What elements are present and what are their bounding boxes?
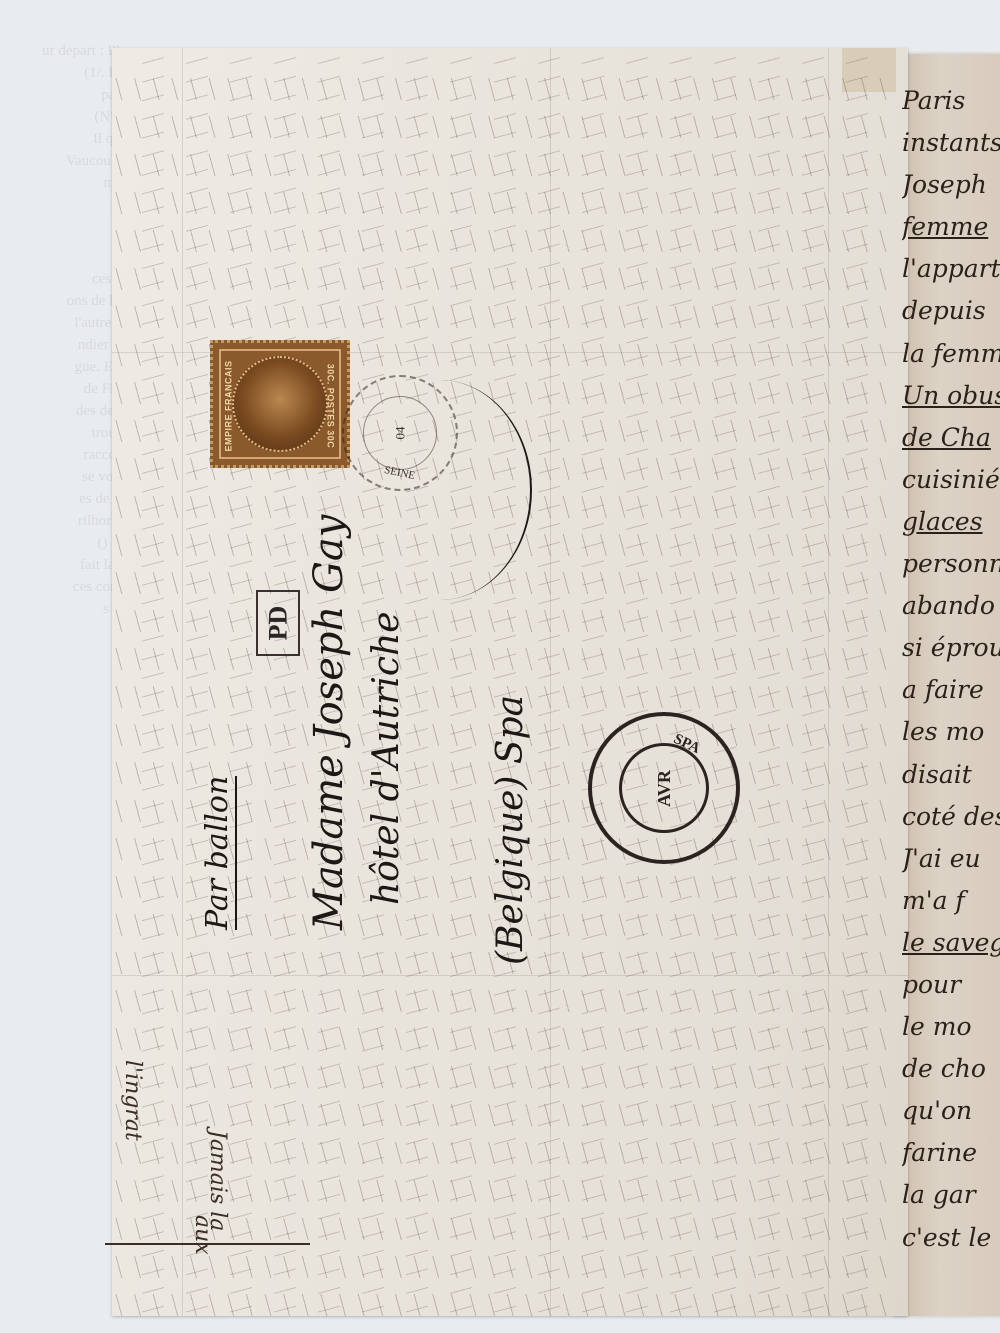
handwriting-column [714,48,736,1316]
routing-instruction: Par ballon [200,776,237,930]
page2-line: le mo [902,1006,1000,1048]
page2-line: de cho [902,1048,1000,1090]
handwriting-column [230,48,252,1316]
page2-line: les mo [902,711,1000,753]
handwriting-column [846,48,868,1316]
stamp-right-text: 30C. POSTES 30C [326,364,336,449]
handwriting-column [406,48,428,1316]
address-recipient: Madame Joseph Gay [306,515,352,930]
postmark-date: AVR [654,770,675,807]
page2-line: la femme [902,333,1000,375]
page2-line: glaces [902,501,1000,543]
spa-postmark: AVR SPA [588,712,740,864]
handwriting-column [582,48,604,1316]
handwriting-column [274,48,296,1316]
handwriting-column [186,48,208,1316]
page2-line: c'est le [902,1217,1000,1259]
page2-line: cuisinié [902,459,1000,501]
handwriting-column [758,48,780,1316]
address-city: (Belgique) Spa [490,695,531,965]
stamp-left-text: EMPIRE FRANCAIS [224,360,234,451]
underline-flourish [105,1243,310,1245]
page2-line: farine [902,1132,1000,1174]
page2-line: l'appart [902,248,1000,290]
handwriting-column [626,48,648,1316]
page2-line: qu'on [902,1090,1000,1132]
page2-line: disait [902,754,1000,796]
pd-mark: PD [256,590,300,656]
fold-line [550,48,551,1316]
page2-line: de Cha [902,417,1000,459]
address-hotel: hôtel d'Autriche [366,611,407,905]
handwriting-column [142,48,164,1316]
page2-line: femme [902,206,1000,248]
page2-line: a faire [902,669,1000,711]
fold-line [112,975,908,976]
page2-line: instants [902,122,1000,164]
handwriting-column [494,48,516,1316]
handwriting-column [802,48,824,1316]
page2-line: J'ai eu [902,838,1000,880]
postmark-date: 04 [392,427,408,440]
handwriting-column [670,48,692,1316]
fold-line [828,48,829,1316]
inverted-text-line: l'ingrat [120,1060,145,1141]
handwriting-column [538,48,560,1316]
inverted-text-line: aux [190,1215,215,1255]
fold-line [182,48,183,1316]
page2-line: le saveg [902,922,1000,964]
pd-mark-text: PD [263,606,293,641]
postage-stamp: EMPIRE FRANCAIS 30C. POSTES 30C [210,340,350,468]
page2-line: si éprou [902,627,1000,669]
stamp-border [219,349,341,459]
handwriting-column [450,48,472,1316]
page2-line: personn [902,543,1000,585]
page2-text: ParisinstantsJosephfemmel'appartdepuisla… [902,80,1000,1259]
page2-line: Paris [902,80,1000,122]
cross-written-text [112,48,892,1316]
page2-line: coté des [902,796,1000,838]
page2-line: Joseph [902,164,1000,206]
page2-line: Un obus [902,375,1000,417]
page2-line: depuis [902,290,1000,332]
page2-line: la gar [902,1174,1000,1216]
page2-line: m'a f [902,880,1000,922]
page2-line: abando [902,585,1000,627]
page2-line: pour [902,964,1000,1006]
